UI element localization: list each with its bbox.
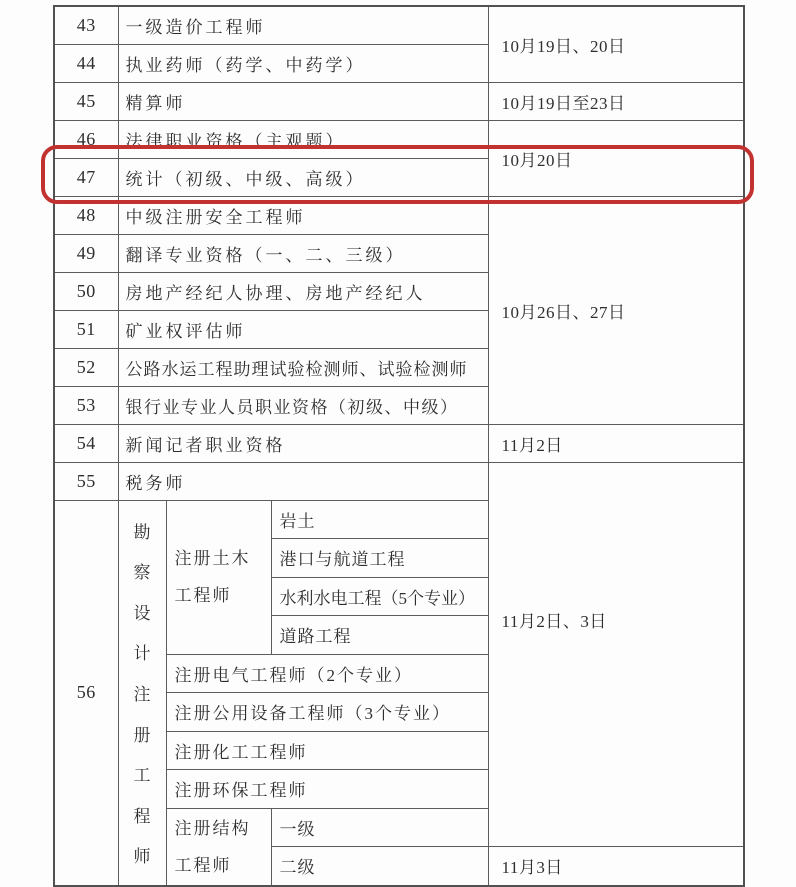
table-row-43: 43 一级造价工程师 10月19日、20日: [54, 6, 744, 44]
row-number: 54: [54, 424, 118, 462]
vertical-char: 工: [134, 761, 151, 786]
level-name: 一级: [271, 808, 488, 847]
exam-name: 注册电气工程师（2个专业）: [166, 654, 488, 693]
table-row-48: 48 中级注册安全工程师 10月26日、27日: [54, 196, 744, 234]
row-number: 47: [54, 158, 118, 196]
civil-engineer-label-line: 工程师: [175, 577, 270, 614]
civil-engineer-label-line: 注册土木: [175, 540, 270, 577]
row-number: 46: [54, 120, 118, 158]
structural-engineer-label: 注册结构 工程师: [166, 808, 271, 886]
civil-engineer-label: 注册土木 工程师: [166, 500, 271, 654]
exam-name: 税务师: [118, 462, 488, 500]
row-number: 44: [54, 44, 118, 82]
exam-name: 公路水运工程助理试验检测师、试验检测师: [118, 348, 488, 386]
table-row-46: 46 法律职业资格（主观题） 10月20日: [54, 120, 744, 158]
vertical-char: 计: [134, 639, 151, 664]
exam-name: 房地产经纪人协理、房地产经纪人: [118, 272, 488, 310]
exam-schedule-table: 43 一级造价工程师 10月19日、20日 44 执业药师（药学、中药学） 45…: [53, 5, 745, 887]
exam-date: 11月2日: [488, 424, 744, 462]
exam-name: 一级造价工程师: [118, 6, 488, 44]
exam-name: 统计（初级、中级、高级）: [118, 158, 488, 196]
specialty-name: 港口与航道工程: [271, 539, 488, 578]
exam-name: 翻译专业资格（一、二、三级）: [118, 234, 488, 272]
row-number: 50: [54, 272, 118, 310]
vertical-char: 察: [134, 558, 151, 583]
level-name: 二级: [271, 847, 488, 886]
exam-name: 法律职业资格（主观题）: [118, 120, 488, 158]
exam-name: 注册化工工程师: [166, 731, 488, 770]
vertical-char: 注: [134, 680, 151, 705]
exam-date: 10月26日、27日: [488, 196, 744, 424]
row-number: 51: [54, 310, 118, 348]
exam-name: 执业药师（药学、中药学）: [118, 44, 488, 82]
specialty-name: 道路工程: [271, 616, 488, 655]
table-row-54: 54 新闻记者职业资格 11月2日: [54, 424, 744, 462]
structural-engineer-label-line: 工程师: [175, 847, 270, 884]
exam-date: 10月19日、20日: [488, 6, 744, 82]
exam-date: 11月2日、3日: [488, 462, 744, 847]
exam-name: 中级注册安全工程师: [118, 196, 488, 234]
specialty-name: 岩土: [271, 500, 488, 539]
table-row-55: 55 税务师 11月2日、3日: [54, 462, 744, 500]
vertical-label-chars: 勘 察 设 计 注 册 工 程 师: [119, 502, 166, 883]
row-number: 48: [54, 196, 118, 234]
row-number: 56: [54, 500, 118, 886]
exam-name: 银行业专业人员职业资格（初级、中级）: [118, 386, 488, 424]
vertical-char: 勘: [134, 518, 151, 543]
exam-name: 注册环保工程师: [166, 770, 488, 809]
row-number: 52: [54, 348, 118, 386]
exam-name: 注册公用设备工程师（3个专业）: [166, 693, 488, 732]
vertical-char: 程: [134, 802, 151, 827]
exam-schedule-page: 43 一级造价工程师 10月19日、20日 44 执业药师（药学、中药学） 45…: [0, 0, 796, 887]
row-number: 49: [54, 234, 118, 272]
row-number: 45: [54, 82, 118, 120]
table-row-45: 45 精算师 10月19日至23日: [54, 82, 744, 120]
specialty-name: 水利水电工程（5个专业）: [271, 577, 488, 616]
exam-name: 矿业权评估师: [118, 310, 488, 348]
exam-date: 11月3日: [488, 847, 744, 886]
row-number: 43: [54, 6, 118, 44]
exam-date: 10月20日: [488, 120, 744, 196]
exam-name: 精算师: [118, 82, 488, 120]
exam-name: 新闻记者职业资格: [118, 424, 488, 462]
row-number: 55: [54, 462, 118, 500]
exam-group-vertical-label: 勘 察 设 计 注 册 工 程 师: [118, 500, 166, 886]
exam-date: 10月19日至23日: [488, 82, 744, 120]
structural-engineer-label-line: 注册结构: [175, 810, 270, 847]
vertical-char: 册: [134, 721, 151, 746]
row-number: 53: [54, 386, 118, 424]
vertical-char: 设: [134, 599, 151, 624]
vertical-char: 师: [134, 842, 151, 867]
